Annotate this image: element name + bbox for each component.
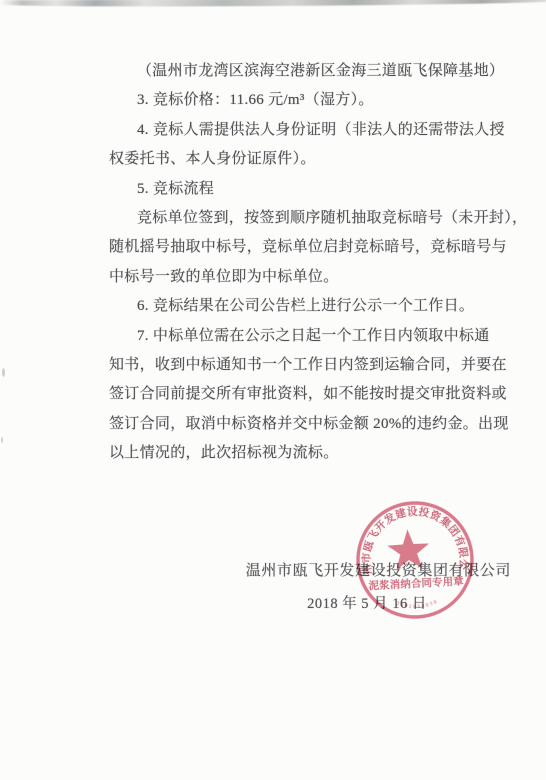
company-seal-stamp: 温州市瓯飞开发建设投资集团有限公司 泥浆消纳合同专用章 3302050030 <box>346 491 485 630</box>
doc-line-award-terms-4: 签订合同，取消中标资格并交中标金额 20%的违约金。出现 <box>109 410 505 439</box>
scanned-document-page: （温州市龙湾区滨海空港新区金海三道瓯飞保障基地） 3. 竞标价格：11.66 元… <box>0 0 546 780</box>
stamp-subtitle: 泥浆消纳合同专用章 <box>368 574 464 592</box>
doc-line-award-terms-3: 签订合同前提交所有审批资料，如不能按时提交审批资料或 <box>109 380 505 409</box>
doc-line-bid-price: 3. 竞标价格：11.66 元/m³（湿方）。 <box>109 86 505 115</box>
stamp-star-icon <box>387 528 431 570</box>
doc-line-award-terms-2: 知书，收到中标通知书一个工作日内签到运输合同，并要在 <box>109 351 505 380</box>
document-body: （温州市龙湾区滨海空港新区金海三道瓯飞保障基地） 3. 竞标价格：11.66 元… <box>109 57 505 468</box>
scan-speck <box>2 368 5 377</box>
doc-line-process-2: 随机摇号抽取中标号，竞标单位启封竞标暗号，竞标暗号与 <box>109 233 505 262</box>
doc-line-process-title: 5. 竞标流程 <box>109 175 505 204</box>
svg-text:3302050030: 3302050030 <box>395 598 440 611</box>
doc-line-process-3: 中标号一致的单位即为中标单位。 <box>109 263 505 292</box>
doc-line-process-1: 竞标单位签到，按签到顺序随机抽取竞标暗号（未开封）， <box>109 204 505 233</box>
doc-line-award-terms-5: 以上情况的，此次招标视为流标。 <box>109 439 505 468</box>
scan-speck <box>1 437 3 443</box>
doc-line-identity-req: 4. 竞标人需提供法人身份证明（非法人的还需带法人授 <box>109 116 505 145</box>
stamp-serial-number: 3302050030 <box>395 598 440 611</box>
doc-line-identity-req-2: 权委托书、本人身份证原件）。 <box>109 145 505 174</box>
scan-edge-artifact <box>0 0 546 7</box>
doc-line-result-publicity: 6. 竞标结果在公司公告栏上进行公示一个工作日。 <box>109 292 505 321</box>
doc-line-base-location: （温州市龙湾区滨海空港新区金海三道瓯飞保障基地） <box>109 57 505 86</box>
doc-line-award-terms-1: 7. 中标单位需在公示之日起一个工作日内领取中标通 <box>109 322 505 351</box>
